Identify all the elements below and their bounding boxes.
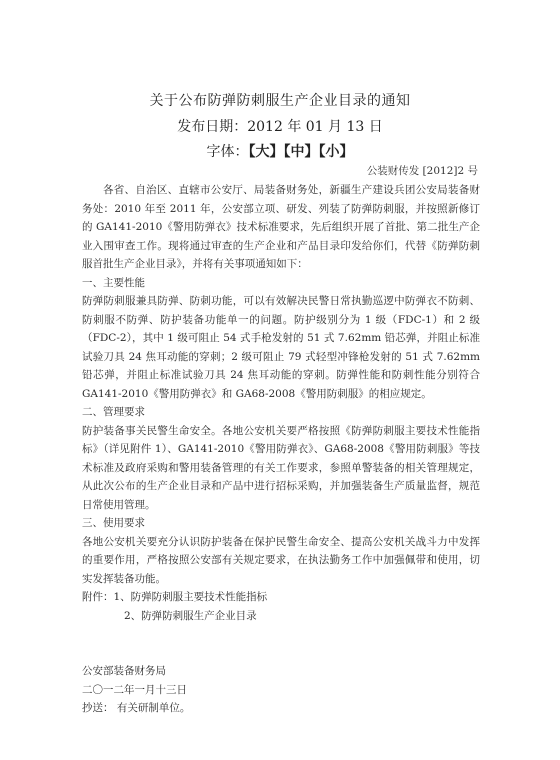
font-size-small-link[interactable]: 【小】	[319, 144, 354, 160]
section-text: 各地公安机关要充分认识防护装备在保护民警生命安全、提高公安机关战斗力中发挥的重要…	[82, 533, 480, 589]
signature-date: 二〇一二年一月十三日	[82, 681, 480, 700]
document-page: 关于公布防弹防刺服生产企业目录的通知 发布日期：2012 年 01 月 13 日…	[0, 0, 560, 760]
font-size-large-link[interactable]: 【大】	[249, 144, 284, 160]
issuer: 公安部装备财务局	[82, 662, 480, 681]
salutation-paragraph: 各省、自治区、直辖市公安厅、局装备财务处，新疆生产建设兵团公安局装备财务处：20…	[82, 181, 480, 274]
document-body: 各省、自治区、直辖市公安厅、局装备财务处，新疆生产建设兵团公安局装备财务处：20…	[82, 181, 480, 718]
font-size-medium-link[interactable]: 【中】	[284, 144, 319, 160]
font-size-selector: 字体：【大】【中】【小】	[0, 141, 560, 161]
document-number: 公装财传发 [2012]2 号	[367, 163, 478, 178]
attachment-item: 2、防弹防刺服生产企业目录	[82, 607, 480, 626]
font-size-label: 字体：	[207, 144, 249, 160]
section-heading: 二、管理要求	[82, 403, 480, 422]
attachments-label: 附件：	[82, 591, 114, 603]
section-heading: 一、主要性能	[82, 274, 480, 293]
document-title: 关于公布防弹防刺服生产企业目录的通知	[0, 90, 560, 110]
attachment-line: 附件：1、防弹防刺服主要技术性能指标	[82, 588, 480, 607]
cc-line: 抄送： 有关研制单位。	[82, 699, 480, 718]
section-text: 防护装备事关民警生命安全。各地公安机关要严格按照《防弹防刺服主要技术性能指标》（…	[82, 422, 480, 515]
section-text: 防弹防刺服兼具防弹、防刺功能，可以有效解决民警日常执勤巡逻中防弹衣不防刺、防刺服…	[82, 292, 480, 403]
attachment-item: 1、防弹防刺服主要技术性能指标	[114, 591, 268, 603]
publish-date: 发布日期：2012 年 01 月 13 日	[0, 116, 560, 136]
section-heading: 三、使用要求	[82, 514, 480, 533]
